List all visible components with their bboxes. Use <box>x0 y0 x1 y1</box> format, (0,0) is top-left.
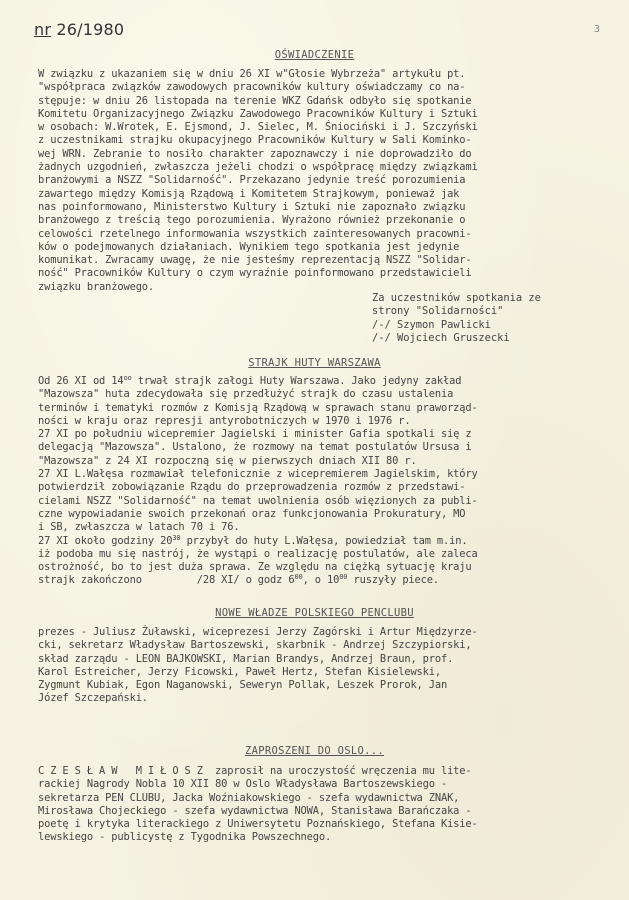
section-body-penclub: prezes - Juliusz Żuławski, wiceprezesi J… <box>38 626 598 706</box>
signature-line: /-/ Wojciech Gruszecki <box>372 332 541 345</box>
text-line: ków o podejmowanych działaniach. Wynikie… <box>38 241 598 254</box>
section-body-oslo: C Z E S Ł A W M I Ł O S Z zaprosił na ur… <box>38 765 598 845</box>
text-line: branżowymi a NSZZ "Solidarność". Przekaz… <box>38 174 598 187</box>
text-line: z uczestnikami strajku okupacyjnego Prac… <box>38 134 598 147</box>
text-line: czne wypowiadanie swoich przekonań oraz … <box>38 508 598 521</box>
text-line: stępuje: w dniu 26 listopada na terenie … <box>38 95 598 108</box>
signature-line: strony "Solidarności" <box>372 305 541 318</box>
text-line: prezes - Juliusz Żuławski, wiceprezesi J… <box>38 626 598 639</box>
section-body-strajk: Od 26 XI od 14oo trwał strajk załogi Hut… <box>38 375 598 588</box>
section-title-penclub: NOWE WŁADZE POLSKIEGO PENCLUBU <box>0 607 629 619</box>
document-page: nr 26/1980 3 OŚWIADCZENIE W związku z uk… <box>0 0 629 900</box>
text-line: C Z E S Ł A W M I Ł O S Z zaprosił na ur… <box>38 765 598 778</box>
text-line: Zygmunt Kubiak, Egon Naganowski, Seweryn… <box>38 679 598 692</box>
text-line: W związku z ukazaniem się w dniu 26 XI w… <box>38 68 598 81</box>
text-line: delegacją "Mazowsza". Ustalono, że rozmo… <box>38 441 598 454</box>
text-line: Karol Estreicher, Jerzy Ficowski, Paweł … <box>38 666 598 679</box>
section-title-oslo: ZAPROSZENI DO OSLO... <box>0 745 629 757</box>
text-line: lewskiego - publicystę z Tygodnika Powsz… <box>38 831 598 844</box>
text-line: Józef Szczepański. <box>38 692 598 705</box>
text-line: komunikat. Zwracamy uwagę, że nie jesteś… <box>38 254 598 267</box>
text-line: iż podoba mu się nastrój, że wystąpi o r… <box>38 548 598 561</box>
text-line: cki, sekretarz Władysław Bartoszewski, s… <box>38 639 598 652</box>
signature-block: Za uczestników spotkania zestrony "Solid… <box>372 292 541 345</box>
text-line: skład zarządu - LEON BAJKOWSKI, Marian B… <box>38 653 598 666</box>
text-line: 27 XI około godziny 2030 przybył do huty… <box>38 535 598 548</box>
text-line: 27 XI L.Wałęsa rozmawiał telefonicznie z… <box>38 468 598 481</box>
text-line: i SB, zwłaszcza w latach 70 i 76. <box>38 521 598 534</box>
text-line: Mirosława Chojeckiego - szefa wydawnictw… <box>38 805 598 818</box>
issue-number: nr 26/1980 <box>34 20 124 39</box>
section-title-oswiadczenie: OŚWIADCZENIE <box>0 49 629 61</box>
signature-line: /-/ Szymon Pawlicki <box>372 319 541 332</box>
text-line: branżowego z treścią tego porozumienia. … <box>38 214 598 227</box>
text-line: potwierdził zobowiązanie Rządu do przepr… <box>38 481 598 494</box>
text-line: cielami NSZZ "Solidarność" na temat uwol… <box>38 495 598 508</box>
text-line: ność" Pracowników Kultury o czym wyraźni… <box>38 267 598 280</box>
text-line: nas poinformowano, Ministerstwo Kultury … <box>38 201 598 214</box>
text-line: "Mazowsza" z 24 XI rozpoczną się w pierw… <box>38 455 598 468</box>
text-line: Komitetu Organizacyjnego Związku Zawodow… <box>38 108 598 121</box>
issue-prefix: nr <box>34 20 51 39</box>
text-line: Od 26 XI od 14oo trwał strajk załogi Hut… <box>38 375 598 388</box>
text-line: celowości rzetelnego informowania wszyst… <box>38 228 598 241</box>
issue-value: 26/1980 <box>56 20 124 39</box>
text-line: "współpraca związków zawodowych pracowni… <box>38 81 598 94</box>
text-line: sekretarza PEN CLUBU, Jacka Woźniakowski… <box>38 792 598 805</box>
text-line: 27 XI po południu wicepremier Jagielski … <box>38 428 598 441</box>
heading-text: STRAJK HUTY WARSZAWA <box>248 357 380 369</box>
heading-text: ZAPROSZENI DO OSLO... <box>245 745 384 757</box>
signature-line: Za uczestników spotkania ze <box>372 292 541 305</box>
text-line: rackiej Nagrody Nobla 10 XII 80 w Oslo W… <box>38 778 598 791</box>
heading-text: OŚWIADCZENIE <box>275 49 354 61</box>
text-line: ostrożność, bo to jest duża sprawa. Ze w… <box>38 561 598 574</box>
text-line: terminów i tematyki rozmów z Komisją Rzą… <box>38 402 598 415</box>
section-title-strajk: STRAJK HUTY WARSZAWA <box>0 357 629 369</box>
text-line: zawartego między Komisją Rządową i Komit… <box>38 188 598 201</box>
section-body-oswiadczenie: W związku z ukazaniem się w dniu 26 XI w… <box>38 68 598 294</box>
text-line: ności w kraju oraz represji antyrobotnic… <box>38 415 598 428</box>
text-line: strajk zakończono /28 XI/ o godz 600, o … <box>38 574 598 587</box>
page-number: 3 <box>594 24 600 35</box>
text-line: żadnych uzgodnień, zwłaszcza jeżeli chod… <box>38 161 598 174</box>
heading-text: NOWE WŁADZE POLSKIEGO PENCLUBU <box>215 607 414 619</box>
text-line: "Mazowsza" huta zdecydowała się przedłuż… <box>38 388 598 401</box>
text-line: w osobach: W.Wrotek, E. Ejsmond, J. Siel… <box>38 121 598 134</box>
text-line: wej WRN. Zebranie to nosiło charakter za… <box>38 148 598 161</box>
text-line: poetę i krytyka literackiego z Uniwersyt… <box>38 818 598 831</box>
